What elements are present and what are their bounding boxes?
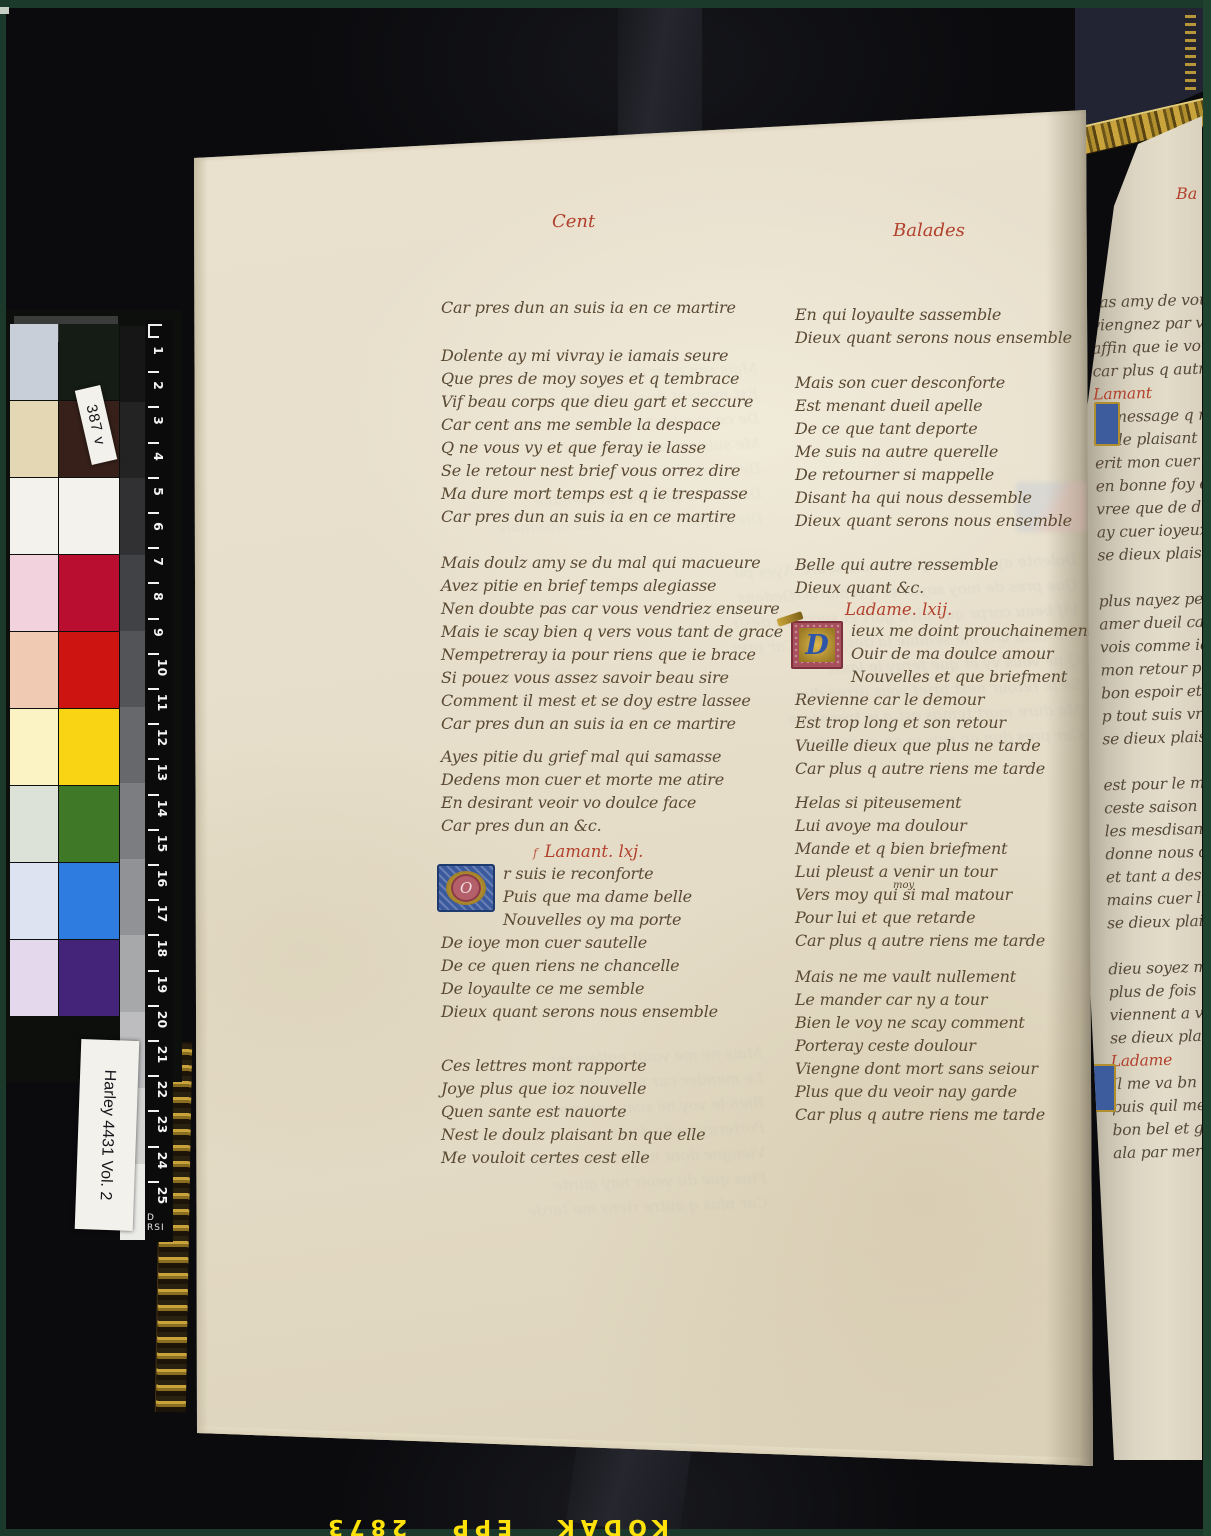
manuscript-line: plus de fois que dire [1109,978,1203,1004]
ruler-number: 13 [155,764,170,781]
ruler-tick [148,970,159,972]
ruler-tick [148,723,159,725]
manuscript-line: Mais son cuer desconforte [795,371,1072,394]
color-patch-dark [59,863,119,939]
ruler-tick [148,547,159,549]
ruler-mark: 2 [146,371,173,406]
ruler-tick [148,864,159,866]
ruler-tick [148,1146,159,1148]
manuscript-line: Car plus q autre riens me tarde [795,1103,1045,1126]
ruler-number: 4 [151,452,166,461]
facing-page-initial-icon [1094,402,1120,446]
color-patch-light [10,324,58,400]
ruler-tick [148,512,159,514]
ballade-stanza: Belle qui autre ressembleDieux quant &c. [795,553,998,599]
manuscript-line: Vif beau corps que dieu gart et seccure [441,390,753,413]
manuscript-line: en bonne foy en [1095,473,1203,499]
ruler-mark: 15 [146,829,173,864]
manuscript-line: Ayes pitie du grief mal qui samasse [441,745,724,768]
ruler-mark: 6 [146,512,173,547]
ruler-tick [148,618,159,620]
initial-gold-ground: D [799,628,835,662]
manuscript-line: vree que de dit est [1096,496,1203,522]
ruler-tick [148,899,159,901]
ruler-number: 14 [155,799,170,816]
color-patch-light [10,940,58,1016]
manuscript-line: Est trop long et son retour [795,711,1095,734]
manuscript-line: Dieux quant serons nous ensemble [441,1000,757,1023]
ruler-mark: 11 [146,688,173,723]
gray-step [120,707,145,783]
gray-step [120,326,145,402]
ballade-envoy: Ayes pitie du grief mal qui samasseDeden… [441,745,724,837]
ruler-tick [148,688,159,690]
shelfmark-text: Harley 4431 Vol. 2 [96,1069,119,1200]
manuscript-line: En qui loyaulte sassemble [795,303,1072,326]
manuscript-line: mon retour pense [1100,657,1203,683]
initial-letter: O [451,874,481,902]
illuminated-initial-D: D [791,621,843,669]
ruler-mark: 23 [146,1110,173,1145]
manuscript-line: mains cuer lie car d [1106,887,1203,913]
manuscript-line: Helas si piteusement [795,791,1045,814]
ruler-mark: 4 [146,442,173,477]
manuscript-line: Disant ha qui nous dessemble [795,486,1072,509]
color-patch-dark [59,632,119,708]
ruler-mark: 3 [146,406,173,441]
color-patch-dark [59,555,119,631]
manuscript-line: De ioye mon cuer sautelle [441,931,757,954]
gray-step [120,555,145,631]
manuscript-line: vas amy de voue la [1091,289,1202,315]
color-patch-row [10,863,120,939]
manuscript-line: Nen doubte pas car vous vendriez enseure [441,597,783,620]
ballade-stanza: Mais doulz amy se du mal qui macueureAve… [441,551,783,735]
rubric-line: Ladame [1110,1047,1203,1073]
manuscript-line: Dieux quant serons nous ensemble [795,509,1072,532]
manuscript-line: Pour lui et que retarde [795,906,1045,929]
film-edge-marking: KODAK EPP 2873 [322,1514,669,1536]
ruler-mark: 22 [146,1075,173,1110]
manuscript-line: Revienne car le demour [795,688,1095,711]
manuscript-line: Car plus q autre riens me tarde [795,757,1095,780]
manuscript-line: dieu soyez ma dame [1108,955,1203,981]
manuscript-line: De loyaulte ce me semble [441,977,757,1000]
ruler-tick [148,1181,159,1183]
manuscript-line: Dedens mon cuer et morte me atire [441,768,724,791]
manuscript-line: Est menant dueil apelle [795,394,1072,417]
manuscript-line [1107,932,1203,958]
manuscript-line: Plus que du veoir nay garde [795,1080,1045,1103]
ruler-mark: 20 [146,1005,173,1040]
ruler-mark: 13 [146,758,173,793]
manuscript-line: Lui avoye ma doulour [795,814,1045,837]
manuscript-line: p tout suis vre et [1101,703,1203,729]
manuscript-line: affin que ie vous ret [1092,335,1203,361]
manuscript-line: Bien le voy ne scay comment [795,1011,1045,1034]
manuscript-line: se dieux plaist &c [1110,1024,1203,1050]
ruler-number: 3 [151,417,166,426]
manuscript-line: Car pres dun an &c. [441,814,724,837]
ruler-number: 2 [151,381,166,390]
manuscript-line: viennent a vous d [1109,1001,1203,1027]
rubric-lamant: fLamant. lxj. [533,842,643,861]
manuscript-line [1098,565,1203,591]
ballade-stanza: Mais ne me vault nullementLe mander car … [795,965,1045,1126]
manuscript-line: Car pres dun an suis ia en ce martire [441,712,783,735]
ruler-tick [148,371,159,373]
ruler-number: 20 [155,1011,170,1028]
photo-frame-right [1203,0,1211,1536]
manuscript-line: Si pouez vous assez savoir beau sire [441,666,783,689]
ruler-number: 6 [151,522,166,531]
running-head-cent: Cent [552,211,595,232]
ruler-end-mark [148,324,162,336]
manuscript-line: puis quil mest ce [1112,1093,1203,1119]
manuscript-line: Se le retour nest brief vous orrez dire [441,459,753,482]
manuscript-line: amer dueil car [1099,611,1203,637]
ruler-mark: 16 [146,864,173,899]
gray-step [120,631,145,707]
color-patch-dark [59,786,119,862]
ruler-number: 24 [155,1151,170,1168]
color-patch-row [10,709,120,785]
manuscript-line: et tant a des doulce a [1106,864,1203,890]
manuscript-line: De retourner si mappelle [795,463,1072,486]
ballade-stanza: Helas si piteusementLui avoye ma doulour… [795,791,1045,952]
manuscript-line: Q ne vous vy et que feray ie lasse [441,436,753,459]
manuscript-line: erit mon cuer a [1095,450,1203,476]
color-patch-light [10,863,58,939]
centimeter-ruler: D RSI 1234567891011121314151617181920212… [146,320,173,1242]
color-patch-dark [59,940,119,1016]
manuscript-line: Mais ne me vault nullement [795,965,1045,988]
manuscript-line: bon bel et gracieux [1112,1116,1203,1142]
manuscript-line: Dieux quant &c. [795,576,998,599]
ruler-tick [148,442,159,444]
manuscript-line: Porteray ceste doulour [795,1034,1045,1057]
manuscript-line: De ce quen riens ne chancelle [441,954,757,977]
ruler-mark: 21 [146,1040,173,1075]
ruler-number: 25 [155,1187,170,1204]
manuscript-line: vois comme ie se [1100,634,1203,660]
manuscript-line: Ces lettres mont rapporte [441,1054,705,1077]
shelfmark-label: Harley 4431 Vol. 2 [75,1039,140,1231]
gray-step [120,935,145,1011]
ruler-mark: 10 [146,653,173,688]
ruler-number: 10 [155,659,170,676]
initial-gold-ground: O [446,871,486,905]
ruler-mark: 24 [146,1146,173,1181]
manuscript-line: se dieux plaist bn to [1107,909,1203,935]
ruler-number: 12 [155,729,170,746]
manuscript-line: Car cent ans me semble la despace [441,413,753,436]
manuscript-line: Vers moy qui si mal matour [795,883,1045,906]
manuscript-line: Mais ie scay bien q vers vous tant de gr… [441,620,783,643]
manuscript-line: bon espoir et la vo [1101,680,1203,706]
ballade-with-initial: O r suis ie reconfortePuis que ma dame b… [441,862,757,1023]
paraph-mark: f [533,846,537,860]
gray-step [120,783,145,859]
manuscript-line: Mais doulz amy se du mal qui macueure [441,551,783,574]
color-patch-dark [59,709,119,785]
ballade-stanza: Dolente ay mi vivray ie iamais seureQue … [441,344,753,528]
photo-frame-left [0,0,6,1536]
ruler-number: 17 [155,905,170,922]
ruler-tick [148,477,159,479]
ruler-mark: 14 [146,794,173,829]
ruler-number: 7 [151,557,166,566]
color-patch-dark [59,478,119,554]
frame-corner-notch [0,7,9,14]
ballade-stanza: Mais son cuer desconforteEst menant duei… [795,371,1072,532]
ruler-mark: 19 [146,970,173,1005]
color-patch-light [10,786,58,862]
manuscript-line: Joye plus que ioz nouvelle [441,1077,705,1100]
manuscript-line: Nempetreray ia pour riens que ie brace [441,643,783,666]
manuscript-line: Me vouloit certes cest elle [441,1146,705,1169]
ruler-tick [148,1110,159,1112]
manuscript-line: ala par mer a nat [1113,1139,1203,1165]
ruler-tick [148,1005,159,1007]
manuscript-line: est pour le mieux q [1103,772,1203,798]
ruler-tick [148,794,159,796]
ruler-number: 1 [151,346,166,355]
ruler-number: 11 [155,694,170,711]
ruler-number: 18 [155,940,170,957]
ruler-mark: 8 [146,582,173,617]
manuscript-line: Avez pitie en brief temps alegiasse [441,574,783,597]
facing-page-running-head: Ba [1176,184,1197,203]
ruler-mark: 12 [146,723,173,758]
ruler-number: 8 [151,593,166,602]
ruler-number: 16 [155,870,170,887]
manuscript-line: Comment il mest et se doy estre lassee [441,689,783,712]
color-patch-light [10,555,58,631]
ruler-mark: 17 [146,899,173,934]
manuscript-line: Mande et q bien briefment [795,837,1045,860]
manuscript-line: plus nayez penser [1098,588,1203,614]
manuscript-line: Que pres de moy soyes et q tembrace [441,367,753,390]
manuscript-line: Car plus q autre riens me tarde [795,929,1045,952]
interlinear-correction: moy [893,880,914,891]
gilt-dot-strip [1185,10,1196,90]
manuscript-photograph: vas amy de voue laviengnez par vo douaff… [0,0,1211,1536]
ballade-stanza: En qui loyaulte sassembleDieux quant ser… [795,303,1072,349]
photo-frame-top [0,0,1211,8]
color-patch-row [10,324,120,400]
manuscript-line: De ce que tant deporte [795,417,1072,440]
manuscript-line: Viengne dont mort sans seiour [795,1057,1045,1080]
manuscript-line: En desirant veoir vo doulce face [441,791,724,814]
ruler-number: 5 [151,487,166,496]
ruler-tick [148,1040,159,1042]
manuscript-line: ceste saison bn pou en [1104,795,1203,821]
gray-step [120,859,145,935]
manuscript-line: Car pres dun an suis ia en ce martire [441,505,753,528]
manuscript-line: car plus q autre rien [1092,358,1203,384]
manuscript-line: viengnez par vo dou [1091,312,1202,338]
manuscript-line: ay cuer ioyeux [1097,519,1203,545]
color-patch-row [10,478,120,554]
manuscript-line: Lui pleust a venir un tour [795,860,1045,883]
ruler-number: 9 [151,628,166,637]
manuscript-line: les mesdisans qui au [1104,818,1203,844]
ruler-tick [148,934,159,936]
color-patch-row [10,786,120,862]
color-patch-light [10,709,58,785]
refrain-line: Car pres dun an suis ia en ce martire [441,296,736,319]
ruler-mark: 9 [146,618,173,653]
color-patch-light [10,632,58,708]
ruler-tick [148,1075,159,1077]
initial-letter: D [805,632,828,659]
illuminated-initial-O: O [437,864,495,912]
ruler-mark: 25 [146,1181,173,1216]
manuscript-line: Ma dure mort temps est q ie trespasse [441,482,753,505]
manuscript-line: Nest le doulz plaisant bn que elle [441,1123,705,1146]
ruler-tick [148,582,159,584]
manuscript-line: Dolente ay mi vivray ie iamais seure [441,344,753,367]
ruler-number: 21 [155,1046,170,1063]
ruler-mark: 1 [146,336,173,371]
ballade-with-initial: D ieux me doint prouchainementOuir de ma… [795,619,1095,780]
ruler-tick [148,758,159,760]
manuscript-line: Il me va bn petit m [1111,1070,1203,1096]
manuscript-line: donne nous dur b [1105,841,1203,867]
manuscript-line: Quen sante est nauorte [441,1100,705,1123]
gray-step [120,478,145,554]
manuscript-line: Car plus q autre riens me tarde [577,1191,768,1223]
color-patch-row [10,632,120,708]
running-head-balades: Balades [893,220,965,241]
manuscript-line: Vueille dieux que plus ne tarde [795,734,1095,757]
ruler-tick [148,406,159,408]
manuscript-line: Me suis na autre querelle [795,440,1072,463]
color-patch-row [10,940,120,1016]
ruler-tick [148,829,159,831]
manuscript-line: Belle qui autre ressemble [795,553,998,576]
ruler-tick [148,653,159,655]
ruler-mark: 18 [146,934,173,969]
manuscript-line: Le mander car ny a tour [795,988,1045,1011]
color-patch-light [10,401,58,477]
ruler-footer-text: D RSI [147,1213,173,1233]
ruler-mark: 5 [146,477,173,512]
gray-step [120,402,145,478]
ruler-tick [148,336,159,338]
ruler-number: 23 [155,1116,170,1133]
ruler-mark: 7 [146,547,173,582]
manuscript-line [1103,749,1203,775]
color-patch-light [10,478,58,554]
manuscript-line: se dieux plaist b [1097,542,1203,568]
manuscript-line: se dieux plaist bn [1102,726,1203,752]
manuscript-line: Dieux quant serons nous ensemble [795,326,1072,349]
ruler-number: 15 [155,835,170,852]
ruler-number: 22 [155,1081,170,1098]
color-patch-row [10,555,120,631]
rubric-text: Lamant. lxj. [544,842,643,861]
ballade-stanza: Ces lettres mont rapporteJoye plus que i… [441,1054,705,1169]
rubric-ladame: Ladame. lxij. [845,600,952,619]
ruler-number: 19 [155,975,170,992]
